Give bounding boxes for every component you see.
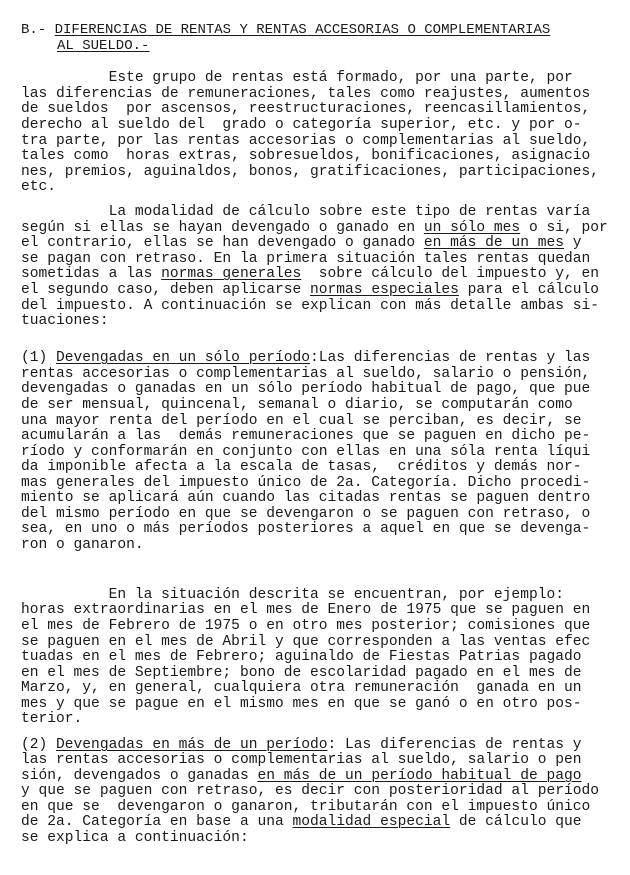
text-line: las rentas accesorias o complementarias … xyxy=(21,752,582,768)
underlined-phrase: en más de un mes xyxy=(424,235,564,251)
underlined-phrase: modalidad especial xyxy=(293,814,451,830)
underlined-phrase: en más de un período habitual de pago xyxy=(257,768,581,784)
section-heading-line-2: AL SUELDO.- xyxy=(57,38,149,54)
text-line: tales como horas extras, sobresueldos, b… xyxy=(21,148,590,164)
text-span: el segundo caso, deben aplicarse xyxy=(21,282,310,298)
scanned-document-page: B.- DIFERENCIAS DE RENTAS Y RENTAS ACCES… xyxy=(0,0,630,875)
text-line: se paguen en el mes de Abril y que corre… xyxy=(21,634,590,650)
text-line: tra parte, por las rentas accesorias o c… xyxy=(21,133,590,149)
text-span: y xyxy=(564,235,582,251)
subsection-number: (1) xyxy=(21,350,56,366)
text-line: derecho al sueldo del grado o categoría … xyxy=(21,117,582,133)
text-line: etc. xyxy=(21,179,56,195)
text-line: se explica a continuación: xyxy=(21,830,249,846)
text-line: Marzo, y, en general, cualquiera otra re… xyxy=(21,680,582,696)
text-span: el contrario, ellas se han devengado o g… xyxy=(21,235,424,251)
text-line: miento se aplicará aún cuando las citada… xyxy=(21,490,590,506)
section-title-continued: AL SUELDO.- xyxy=(57,38,149,54)
text-line: ron o ganaron. xyxy=(21,537,144,553)
text-line: sometidas a las normas generales sobre c… xyxy=(21,266,599,282)
underlined-phrase: un sólo mes xyxy=(424,220,520,236)
text-line: de 2a. Categoría en base a una modalidad… xyxy=(21,814,582,830)
text-line: el contrario, ellas se han devengado o g… xyxy=(21,235,582,251)
text-line: de sueldos por ascensos, reestructuracio… xyxy=(21,101,590,117)
text-line: (2) Devengadas en más de un período: Las… xyxy=(21,737,582,753)
text-line: de ser mensual, quincenal, semanal o dia… xyxy=(21,397,573,413)
text-span: de cálculo que xyxy=(450,814,581,830)
text-line: del impuesto. A continuación se explican… xyxy=(21,298,599,314)
text-line: ríodo y conformarán en conjunto con ella… xyxy=(21,444,590,460)
text-span: para el cálculo xyxy=(459,282,599,298)
text-line: se pagan con retraso. En la primera situ… xyxy=(21,251,590,267)
text-span: :Las diferencias de rentas y las xyxy=(310,350,590,366)
text-line: una mayor renta del período en el cual s… xyxy=(21,413,582,429)
text-line: tuadas en el mes de Febrero; aguinaldo d… xyxy=(21,649,582,665)
text-line: horas extraordinarias en el mes de Enero… xyxy=(21,602,590,618)
text-line: da imponible afecta a la escala de tasas… xyxy=(21,459,582,475)
text-line: rentas accesorias o complementarias al s… xyxy=(21,366,590,382)
text-line: en el mes de Septiembre; bono de escolar… xyxy=(21,665,582,681)
text-line: La modalidad de cálculo sobre este tipo … xyxy=(21,204,590,220)
text-line: mas generales del impuesto único de 2a. … xyxy=(21,475,590,491)
underlined-phrase: normas especiales xyxy=(310,282,459,298)
text-line: En la situación descrita se encuentran, … xyxy=(21,587,564,603)
text-line: terior. xyxy=(21,711,82,727)
text-span: según si ellas se hayan devengado o gana… xyxy=(21,220,424,236)
text-line: en que se devengaron o ganaron, tributar… xyxy=(21,799,590,815)
text-line: según si ellas se hayan devengado o gana… xyxy=(21,220,608,236)
subsection-title: Devengadas en un sólo período xyxy=(56,350,310,366)
text-span: sometidas a las xyxy=(21,266,161,282)
text-line: del mismo período en que se devengaron o… xyxy=(21,506,590,522)
text-line: el segundo caso, deben aplicarse normas … xyxy=(21,282,599,298)
subsection-number: (2) xyxy=(21,737,56,753)
text-span: sión, devengados o ganadas xyxy=(21,768,257,784)
section-letter: B.- xyxy=(21,22,46,38)
text-span: : Las diferencias de rentas y xyxy=(328,737,582,753)
text-line: tuaciones: xyxy=(21,313,109,329)
text-line: sión, devengados o ganadas en más de un … xyxy=(21,768,582,784)
subsection-title: Devengadas en más de un período xyxy=(56,737,328,753)
text-span: sobre cálculo del impuesto y, en xyxy=(301,266,599,282)
text-line: el mes de Febrero de 1975 o en otro mes … xyxy=(21,618,590,634)
section-heading-line-1: B.- DIFERENCIAS DE RENTAS Y RENTAS ACCES… xyxy=(21,22,550,38)
text-line: nes, premios, aguinaldos, bonos, gratifi… xyxy=(21,164,599,180)
text-line: mes y que se pague en el mismo mes en qu… xyxy=(21,696,582,712)
text-line: sea, en uno o más períodos posteriores a… xyxy=(21,521,590,537)
underlined-phrase: normas generales xyxy=(161,266,301,282)
text-line: devengadas o ganadas en un sólo período … xyxy=(21,381,590,397)
text-line: (1) Devengadas en un sólo período:Las di… xyxy=(21,350,590,366)
section-title: DIFERENCIAS DE RENTAS Y RENTAS ACCESORIA… xyxy=(55,22,551,38)
text-span: de 2a. Categoría en base a una xyxy=(21,814,293,830)
text-line: acumularán a las demás remuneraciones qu… xyxy=(21,428,590,444)
text-line: y que se paguen con retraso, es decir co… xyxy=(21,783,599,799)
text-line: Este grupo de rentas está formado, por u… xyxy=(21,70,573,86)
text-line: las diferencias de remuneraciones, tales… xyxy=(21,86,590,102)
text-span: o si, por xyxy=(520,220,608,236)
